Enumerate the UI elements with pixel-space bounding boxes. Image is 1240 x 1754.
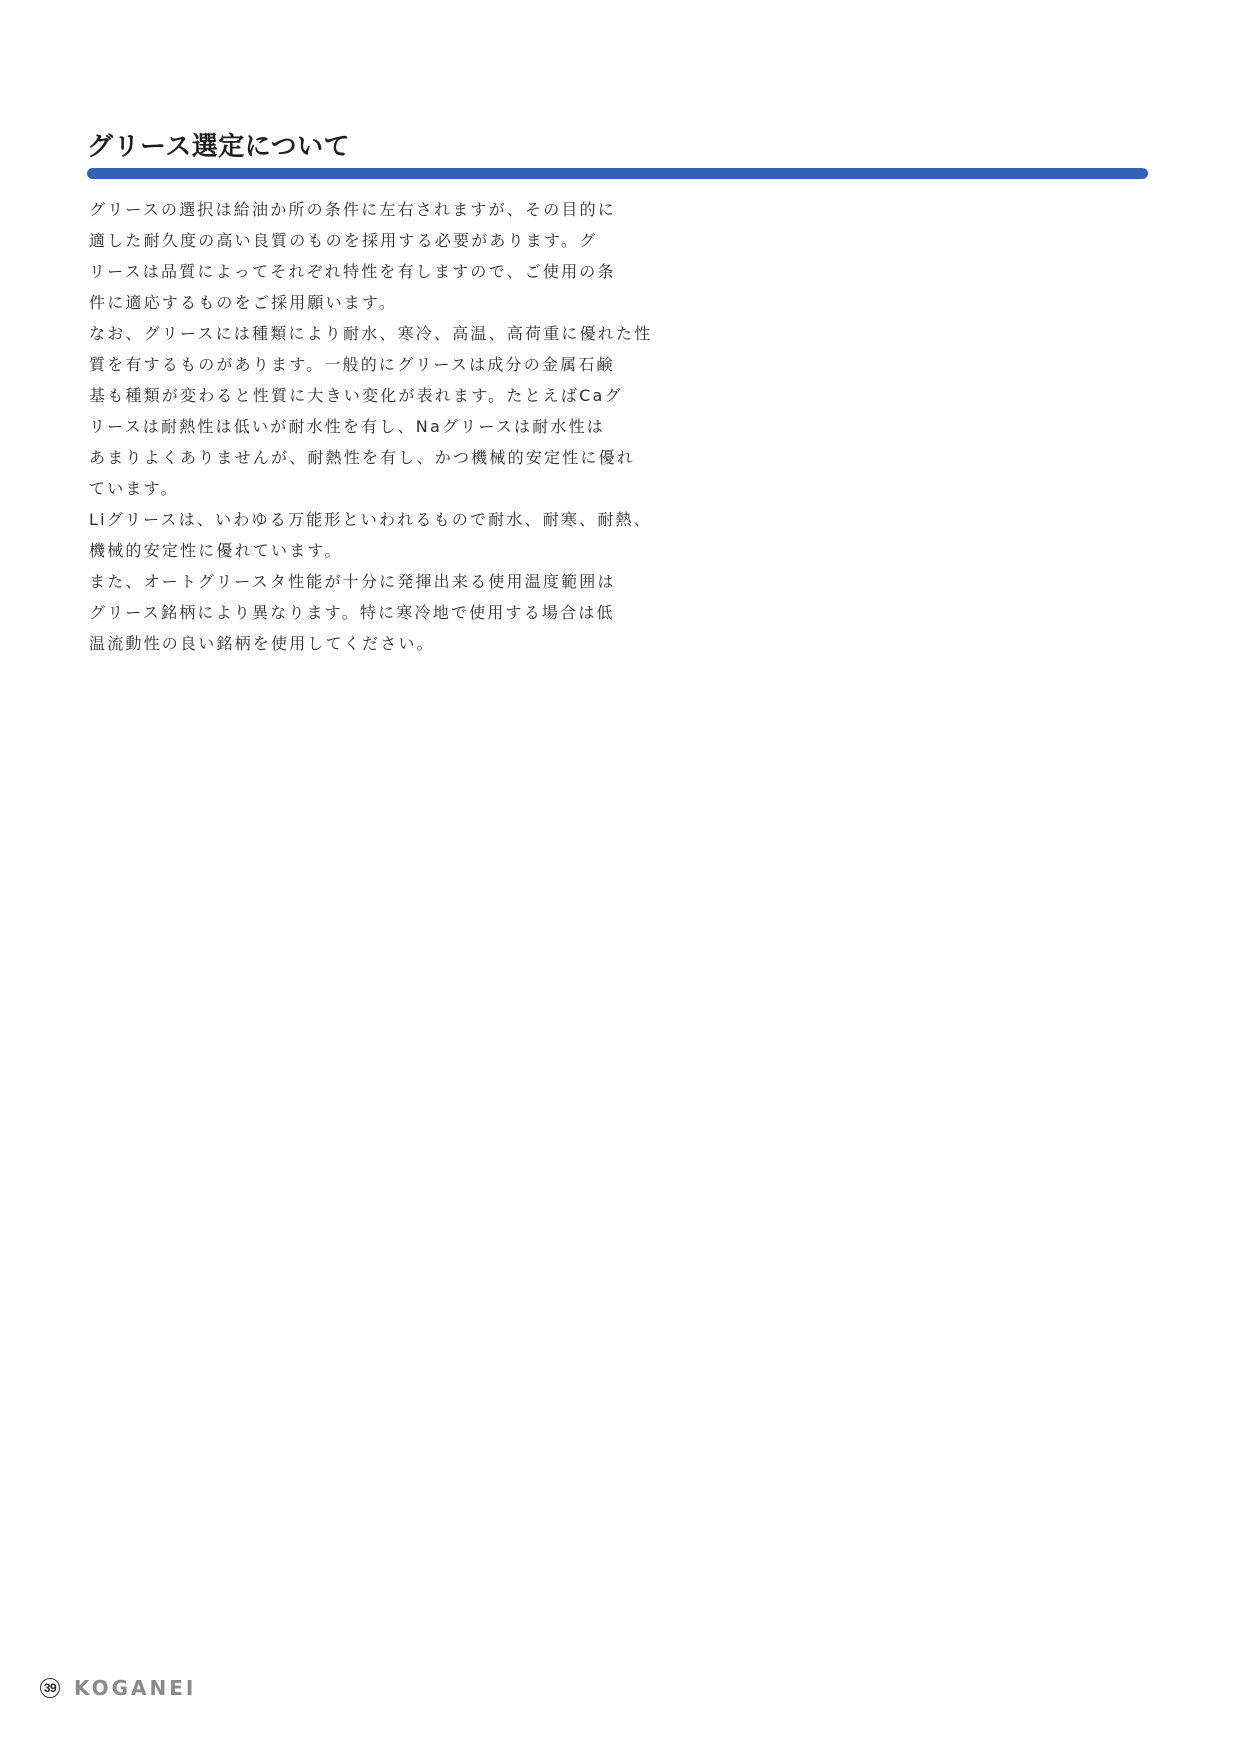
page-title: グリース選定について xyxy=(87,130,350,164)
body-line: グリース銘柄により異なります。特に寒冷地で使用する場合は低 xyxy=(89,597,609,628)
body-line: あまりよくありませんが、耐熱性を有し、かつ機械的安定性に優れ xyxy=(89,442,609,473)
page-footer: 39 KOGANEI xyxy=(40,1675,196,1701)
body-text: グリースの選択は給油か所の条件に左右されますが、その目的に 適した耐久度の高い良… xyxy=(89,194,609,659)
body-line: リースは耐熱性は低いが耐水性を有し、Naグリースは耐水性は xyxy=(89,411,609,442)
brand-logo: KOGANEI xyxy=(74,1678,196,1698)
body-line: また、オートグリースタ性能が十分に発揮出来る使用温度範囲は xyxy=(89,566,609,597)
body-line: なお、グリースには種類により耐水、寒冷、高温、高荷重に優れた性 xyxy=(89,318,609,349)
body-line: 温流動性の良い銘柄を使用してください。 xyxy=(89,628,609,659)
body-line: Liグリースは、いわゆる万能形といわれるもので耐水、耐寒、耐熱、 xyxy=(89,504,609,535)
body-line: リースは品質によってそれぞれ特性を有しますので、ご使用の条 xyxy=(89,256,609,287)
body-line: 件に適応するものをご採用願います。 xyxy=(89,287,609,318)
body-line: ています。 xyxy=(89,473,609,504)
title-underline-rule xyxy=(87,168,1148,179)
body-line: 基も種類が変わると性質に大きい変化が表れます。たとえばCaグ xyxy=(89,380,609,411)
body-line: 適した耐久度の高い良質のものを採用する必要があります。グ xyxy=(89,225,609,256)
body-line: 質を有するものがあります。一般的にグリースは成分の金属石鹸 xyxy=(89,349,609,380)
body-line: グリースの選択は給油か所の条件に左右されますが、その目的に xyxy=(89,194,609,225)
page-number-badge: 39 xyxy=(40,1678,60,1698)
body-line: 機械的安定性に優れています。 xyxy=(89,535,609,566)
